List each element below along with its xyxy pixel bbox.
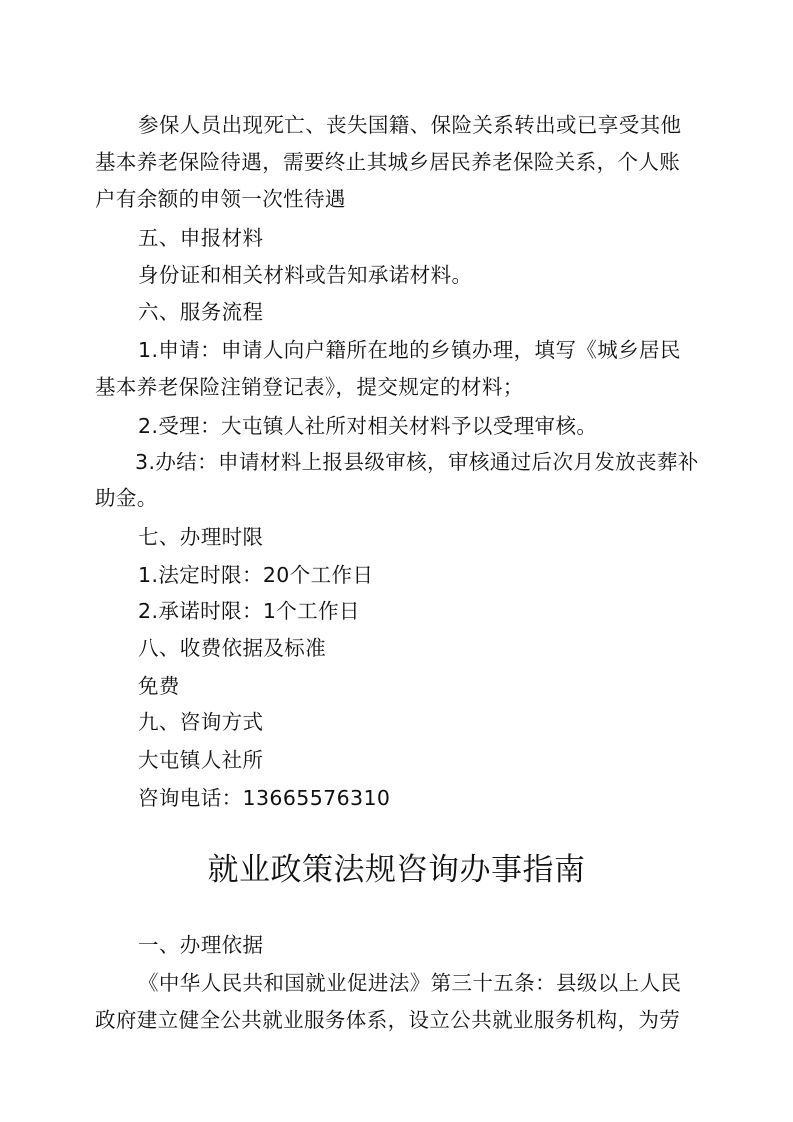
- section-heading-contact: 九、咨询方式: [138, 709, 738, 735]
- time-limit-promised: 2.承诺时限：1个工作日: [138, 598, 738, 624]
- process-step-3-cont: 助金。: [95, 485, 695, 511]
- paragraph-line: 户有余额的申领一次性待遇: [95, 186, 695, 212]
- section-heading-process: 六、服务流程: [138, 299, 738, 325]
- paragraph-line: 基本养老保险待遇，需要终止其城乡居民养老保险关系，个人账: [95, 149, 695, 175]
- basis-text: 《中华人民共和国就业促进法》第三十五条：县级以上人民: [138, 970, 738, 996]
- paragraph-line: 参保人员出现死亡、丧失国籍、保险关系转出或已享受其他: [138, 112, 738, 138]
- time-limit-legal: 1.法定时限：20个工作日: [138, 562, 738, 588]
- section-heading-fees: 八、收费依据及标准: [138, 635, 738, 661]
- section-heading-materials: 五、申报材料: [138, 225, 738, 251]
- section-heading-time-limit: 七、办理时限: [138, 524, 738, 550]
- process-step-1: 1.申请：申请人向户籍所在地的乡镇办理，填写《城乡居民: [138, 337, 738, 363]
- contact-office: 大屯镇人社所: [138, 747, 738, 773]
- fees-text: 免费: [138, 673, 738, 699]
- process-step-3: 3.办结：申请材料上报县级审核，审核通过后次月发放丧葬补: [135, 449, 735, 475]
- process-step-2: 2.受理：大屯镇人社所对相关材料予以受理审核。: [138, 413, 738, 439]
- materials-text: 身份证和相关材料或告知承诺材料。: [138, 262, 738, 288]
- section-heading-basis: 一、办理依据: [138, 932, 738, 958]
- contact-phone: 咨询电话：13665576310: [138, 785, 738, 811]
- basis-text-cont: 政府建立健全公共就业服务体系，设立公共就业服务机构，为劳: [95, 1007, 695, 1033]
- guide-title: 就业政策法规咨询办事指南: [0, 850, 793, 890]
- document-page: 参保人员出现死亡、丧失国籍、保险关系转出或已享受其他 基本养老保险待遇，需要终止…: [0, 0, 793, 1122]
- process-step-1-cont: 基本养老保险注销登记表》，提交规定的材料；: [95, 374, 695, 400]
